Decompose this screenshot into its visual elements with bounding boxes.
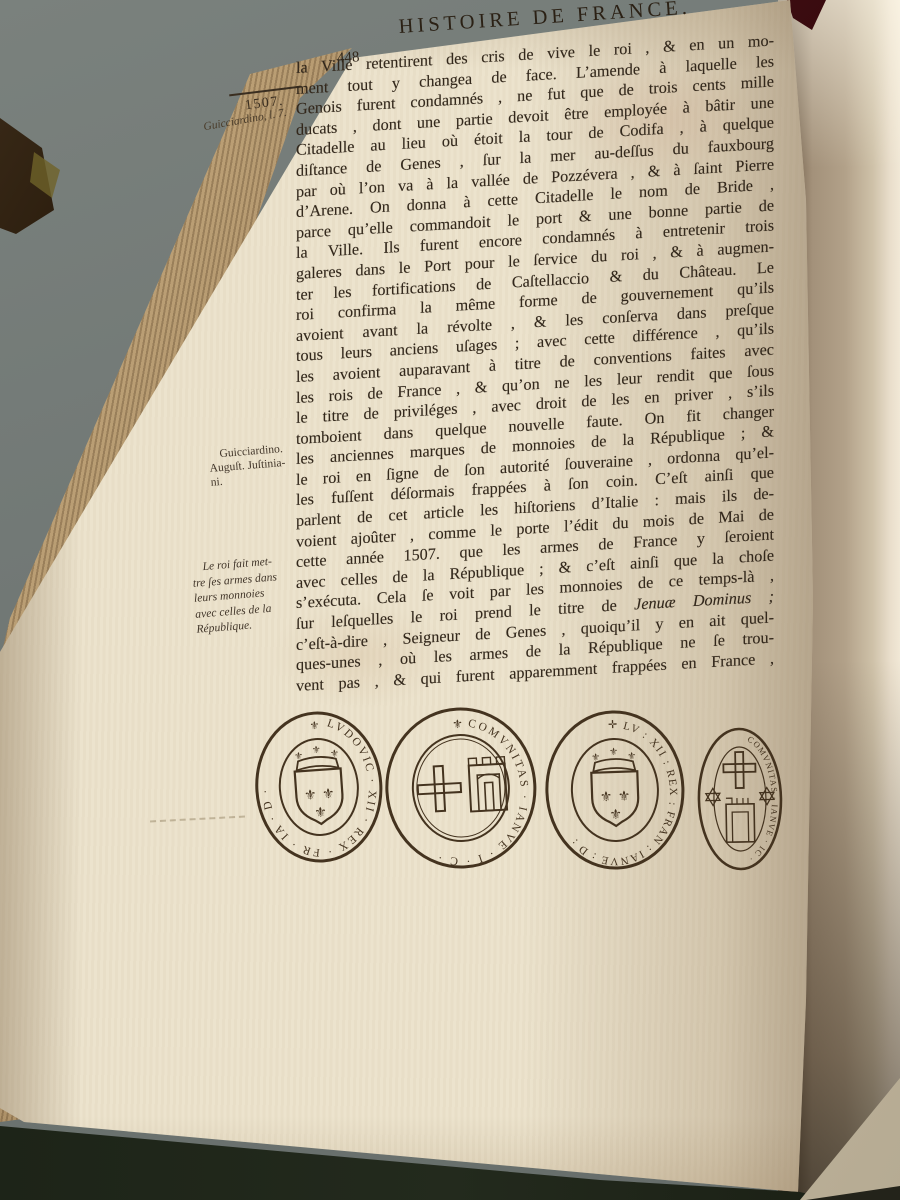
star-icon (706, 788, 720, 805)
castle-icon (726, 798, 755, 842)
cross-icon (417, 765, 462, 812)
shield-icon: ⚜ ⚜ ⚜ (591, 771, 639, 827)
svg-text:⚜: ⚜ (600, 789, 613, 805)
svg-text:⚜: ⚜ (314, 805, 328, 822)
crown-icon: ⚜ ⚜ ⚜ (591, 746, 637, 772)
cross-icon: ✛ (608, 719, 618, 731)
svg-text:⚜: ⚜ (322, 786, 336, 803)
fleur-de-lis-icon: ⚜ (452, 717, 463, 732)
coin-genoa-large: COMVNITAS · IANVE · I · C · ⚜ (380, 702, 543, 879)
svg-text:⚜: ⚜ (304, 787, 318, 804)
crown-icon: ⚜ ⚜ ⚜ (293, 744, 340, 771)
svg-text:⚜: ⚜ (330, 749, 340, 761)
svg-text:⚜: ⚜ (311, 745, 321, 757)
svg-text:⚜: ⚜ (591, 752, 600, 763)
main-text-block: la Ville retentirent des cris de vive le… (296, 30, 774, 696)
svg-text:⚜: ⚜ (618, 788, 631, 804)
coin-louis-xii-large: LVDOVIC · XII · REX · FR · IA · D · ⚜ ⚜ … (246, 704, 391, 876)
fleur-de-lis-icon: ⚜ (309, 719, 320, 733)
margin-summary-note: Le roi fait met- tre ſes armes dans leur… (191, 551, 307, 637)
coin-louis-xii-small: LV : XII : REX : FRAN : IANVE : D : ✛ ⚜ … (540, 706, 690, 880)
shield-icon: ⚜ ⚜ ⚜ (295, 768, 345, 825)
svg-text:⚜: ⚜ (609, 807, 622, 823)
cross-icon (723, 752, 756, 789)
svg-text:⚜: ⚜ (294, 751, 304, 763)
svg-text:⚜: ⚜ (627, 751, 636, 762)
svg-text:⚜: ⚜ (609, 747, 618, 758)
coin-genoa-small: COMVNITAS · IANVE · IC · (695, 725, 786, 879)
castle-icon (468, 757, 507, 812)
